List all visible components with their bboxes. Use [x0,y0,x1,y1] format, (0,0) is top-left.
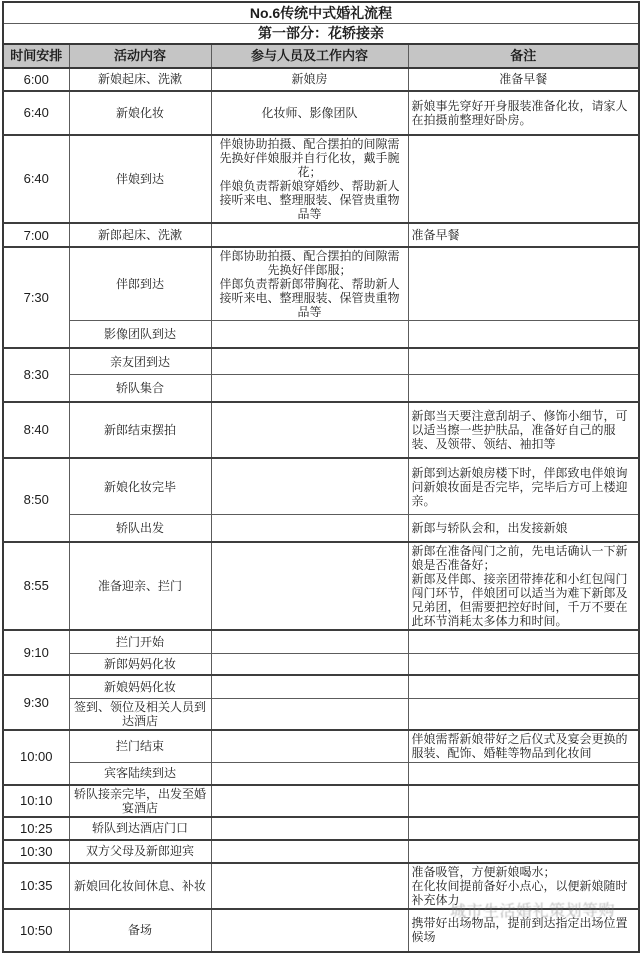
activity-cell: 新娘化妆完毕 [69,458,211,515]
participants-cell [211,863,408,909]
time-cell: 8:50 [3,458,69,542]
notes-cell [408,630,639,653]
participants-cell [211,402,408,458]
participants-cell [211,675,408,698]
time-cell: 10:50 [3,909,69,952]
time-cell: 6:40 [3,135,69,223]
table-row: 影像团队到达 [3,321,639,348]
participants-cell [211,698,408,730]
table-row: 10:35 新娘回化妆间休息、补妆 准备吸管，方便新娘喝水； 在化妆间提前备好小… [3,863,639,909]
table-row: 6:00 新娘起床、洗漱 新娘房 准备早餐 [3,68,639,91]
notes-cell [408,840,639,863]
table-row: 10:10 轿队接亲完毕，出发至婚宴酒店 [3,785,639,817]
time-cell: 10:00 [3,730,69,785]
participants-cell: 伴郎协助拍摄、配合摆拍的间隙需先换好伴郎服； 伴郎负责帮新郎带胸花、帮助新人接听… [211,247,408,321]
participants-cell: 化妆师、影像团队 [211,91,408,135]
participants-cell: 伴娘协助拍摄、配合摆拍的间隙需先换好伴娘服并自行化妆，戴手腕花； 伴娘负责帮新娘… [211,135,408,223]
notes-cell [408,348,639,375]
header-row: 时间安排 活动内容 参与人员及工作内容 备注 [3,44,639,68]
notes-cell: 新郎与轿队会和，出发接新娘 [408,515,639,542]
activity-cell: 新娘起床、洗漱 [69,68,211,91]
time-cell: 6:00 [3,68,69,91]
activity-cell: 新娘妈妈化妆 [69,675,211,698]
participants-cell: 新娘房 [211,68,408,91]
participants-cell [211,223,408,247]
activity-cell: 宾客陆续到达 [69,763,211,785]
column-header-notes: 备注 [408,44,639,68]
activity-cell: 轿队出发 [69,515,211,542]
time-cell: 10:30 [3,840,69,863]
activity-cell: 签到、领位及相关人员到达酒店 [69,698,211,730]
notes-cell: 新郎当天要注意刮胡子、修饰小细节，可以适当擦一些护肤品，准备好自己的服装、及领带… [408,402,639,458]
table-row: 8:55 准备迎亲、拦门 新郎在准备闯门之前，先电话确认一下新娘是否准备好； 新… [3,542,639,630]
table-row: 8:30 亲友团到达 [3,348,639,375]
time-cell: 10:25 [3,817,69,840]
notes-cell: 准备早餐 [408,68,639,91]
activity-cell: 新郎结束摆拍 [69,402,211,458]
notes-cell [408,247,639,321]
participants-cell [211,630,408,653]
activity-cell: 伴娘到达 [69,135,211,223]
participants-cell [211,817,408,840]
time-cell: 10:10 [3,785,69,817]
time-cell: 7:30 [3,247,69,348]
participants-cell [211,730,408,763]
table-row: 6:40 伴娘到达 伴娘协助拍摄、配合摆拍的间隙需先换好伴娘服并自行化妆，戴手腕… [3,135,639,223]
notes-cell [408,135,639,223]
page-title: No.6传统中式婚礼流程 [3,2,639,23]
table-row: 轿队出发 新郎与轿队会和，出发接新娘 [3,515,639,542]
participants-cell [211,375,408,402]
table-row: 6:40 新娘化妆 化妆师、影像团队 新娘事先穿好开身服装准备化妆，请家人在拍摄… [3,91,639,135]
table-title-row: No.6传统中式婚礼流程 [3,2,639,23]
table-row: 9:10 拦门开始 [3,630,639,653]
participants-cell [211,515,408,542]
activity-cell: 伴郎到达 [69,247,211,321]
participants-cell [211,763,408,785]
time-cell: 8:40 [3,402,69,458]
activity-cell: 拦门结束 [69,730,211,763]
participants-cell [211,542,408,630]
participants-cell [211,321,408,348]
notes-cell [408,653,639,675]
activity-cell: 影像团队到达 [69,321,211,348]
notes-cell: 携带好出场物品，提前到达指定出场位置候场 [408,909,639,952]
table-row: 9:30 新娘妈妈化妆 [3,675,639,698]
time-cell: 8:55 [3,542,69,630]
notes-cell [408,817,639,840]
activity-cell: 轿队到达酒店门口 [69,817,211,840]
notes-cell [408,375,639,402]
section-subtitle: 第一部分：花轿接亲 [3,23,639,44]
participants-cell [211,458,408,515]
table-row: 10:00 拦门结束 伴娘需帮新娘带好之后仪式及宴会更换的服装、配饰、婚鞋等物品… [3,730,639,763]
notes-cell: 准备早餐 [408,223,639,247]
table-row: 7:30 伴郎到达 伴郎协助拍摄、配合摆拍的间隙需先换好伴郎服； 伴郎负责帮新郎… [3,247,639,321]
notes-cell: 伴娘需帮新娘带好之后仪式及宴会更换的服装、配饰、婚鞋等物品到化妆间 [408,730,639,763]
notes-cell [408,785,639,817]
table-subtitle-row: 第一部分：花轿接亲 [3,23,639,44]
activity-cell: 新娘回化妆间休息、补妆 [69,863,211,909]
activity-cell: 新郎起床、洗漱 [69,223,211,247]
time-cell: 6:40 [3,91,69,135]
participants-cell [211,785,408,817]
column-header-participants: 参与人员及工作内容 [211,44,408,68]
time-cell: 8:30 [3,348,69,402]
wedding-schedule-table: No.6传统中式婚礼流程 第一部分：花轿接亲 时间安排 活动内容 参与人员及工作… [2,1,640,953]
notes-cell: 新郎在准备闯门之前，先电话确认一下新娘是否准备好； 新郎及伴郎、接亲团带捧花和小… [408,542,639,630]
activity-cell: 双方父母及新郎迎宾 [69,840,211,863]
table-row: 宾客陆续到达 [3,763,639,785]
activity-cell: 新郎妈妈化妆 [69,653,211,675]
notes-cell [408,675,639,698]
table-row: 10:50 备场 携带好出场物品，提前到达指定出场位置候场 [3,909,639,952]
column-header-activity: 活动内容 [69,44,211,68]
participants-cell [211,840,408,863]
time-cell: 7:00 [3,223,69,247]
table-row: 新郎妈妈化妆 [3,653,639,675]
table-row: 轿队集合 [3,375,639,402]
activity-cell: 亲友团到达 [69,348,211,375]
notes-cell: 准备吸管，方便新娘喝水； 在化妆间提前备好小点心，以便新娘随时补充体力 [408,863,639,909]
activity-cell: 备场 [69,909,211,952]
table-row: 8:40 新郎结束摆拍 新郎当天要注意刮胡子、修饰小细节，可以适当擦一些护肤品，… [3,402,639,458]
activity-cell: 准备迎亲、拦门 [69,542,211,630]
participants-cell [211,909,408,952]
activity-cell: 拦门开始 [69,630,211,653]
table-row: 7:00 新郎起床、洗漱 准备早餐 [3,223,639,247]
activity-cell: 轿队接亲完毕，出发至婚宴酒店 [69,785,211,817]
activity-cell: 轿队集合 [69,375,211,402]
participants-cell [211,653,408,675]
table-row: 签到、领位及相关人员到达酒店 [3,698,639,730]
time-cell: 10:35 [3,863,69,909]
table-row: 10:25 轿队到达酒店门口 [3,817,639,840]
column-header-time: 时间安排 [3,44,69,68]
activity-cell: 新娘化妆 [69,91,211,135]
table-row: 8:50 新娘化妆完毕 新郎到达新娘房楼下时，伴郎致电伴娘询问新娘妆面是否完毕，… [3,458,639,515]
time-cell: 9:30 [3,675,69,730]
notes-cell [408,698,639,730]
notes-cell: 新娘事先穿好开身服装准备化妆，请家人在拍摄前整理好卧房。 [408,91,639,135]
notes-cell: 新郎到达新娘房楼下时，伴郎致电伴娘询问新娘妆面是否完毕，完毕后方可上楼迎亲。 [408,458,639,515]
notes-cell [408,321,639,348]
participants-cell [211,348,408,375]
table-row: 10:30 双方父母及新郎迎宾 [3,840,639,863]
time-cell: 9:10 [3,630,69,675]
notes-cell [408,763,639,785]
